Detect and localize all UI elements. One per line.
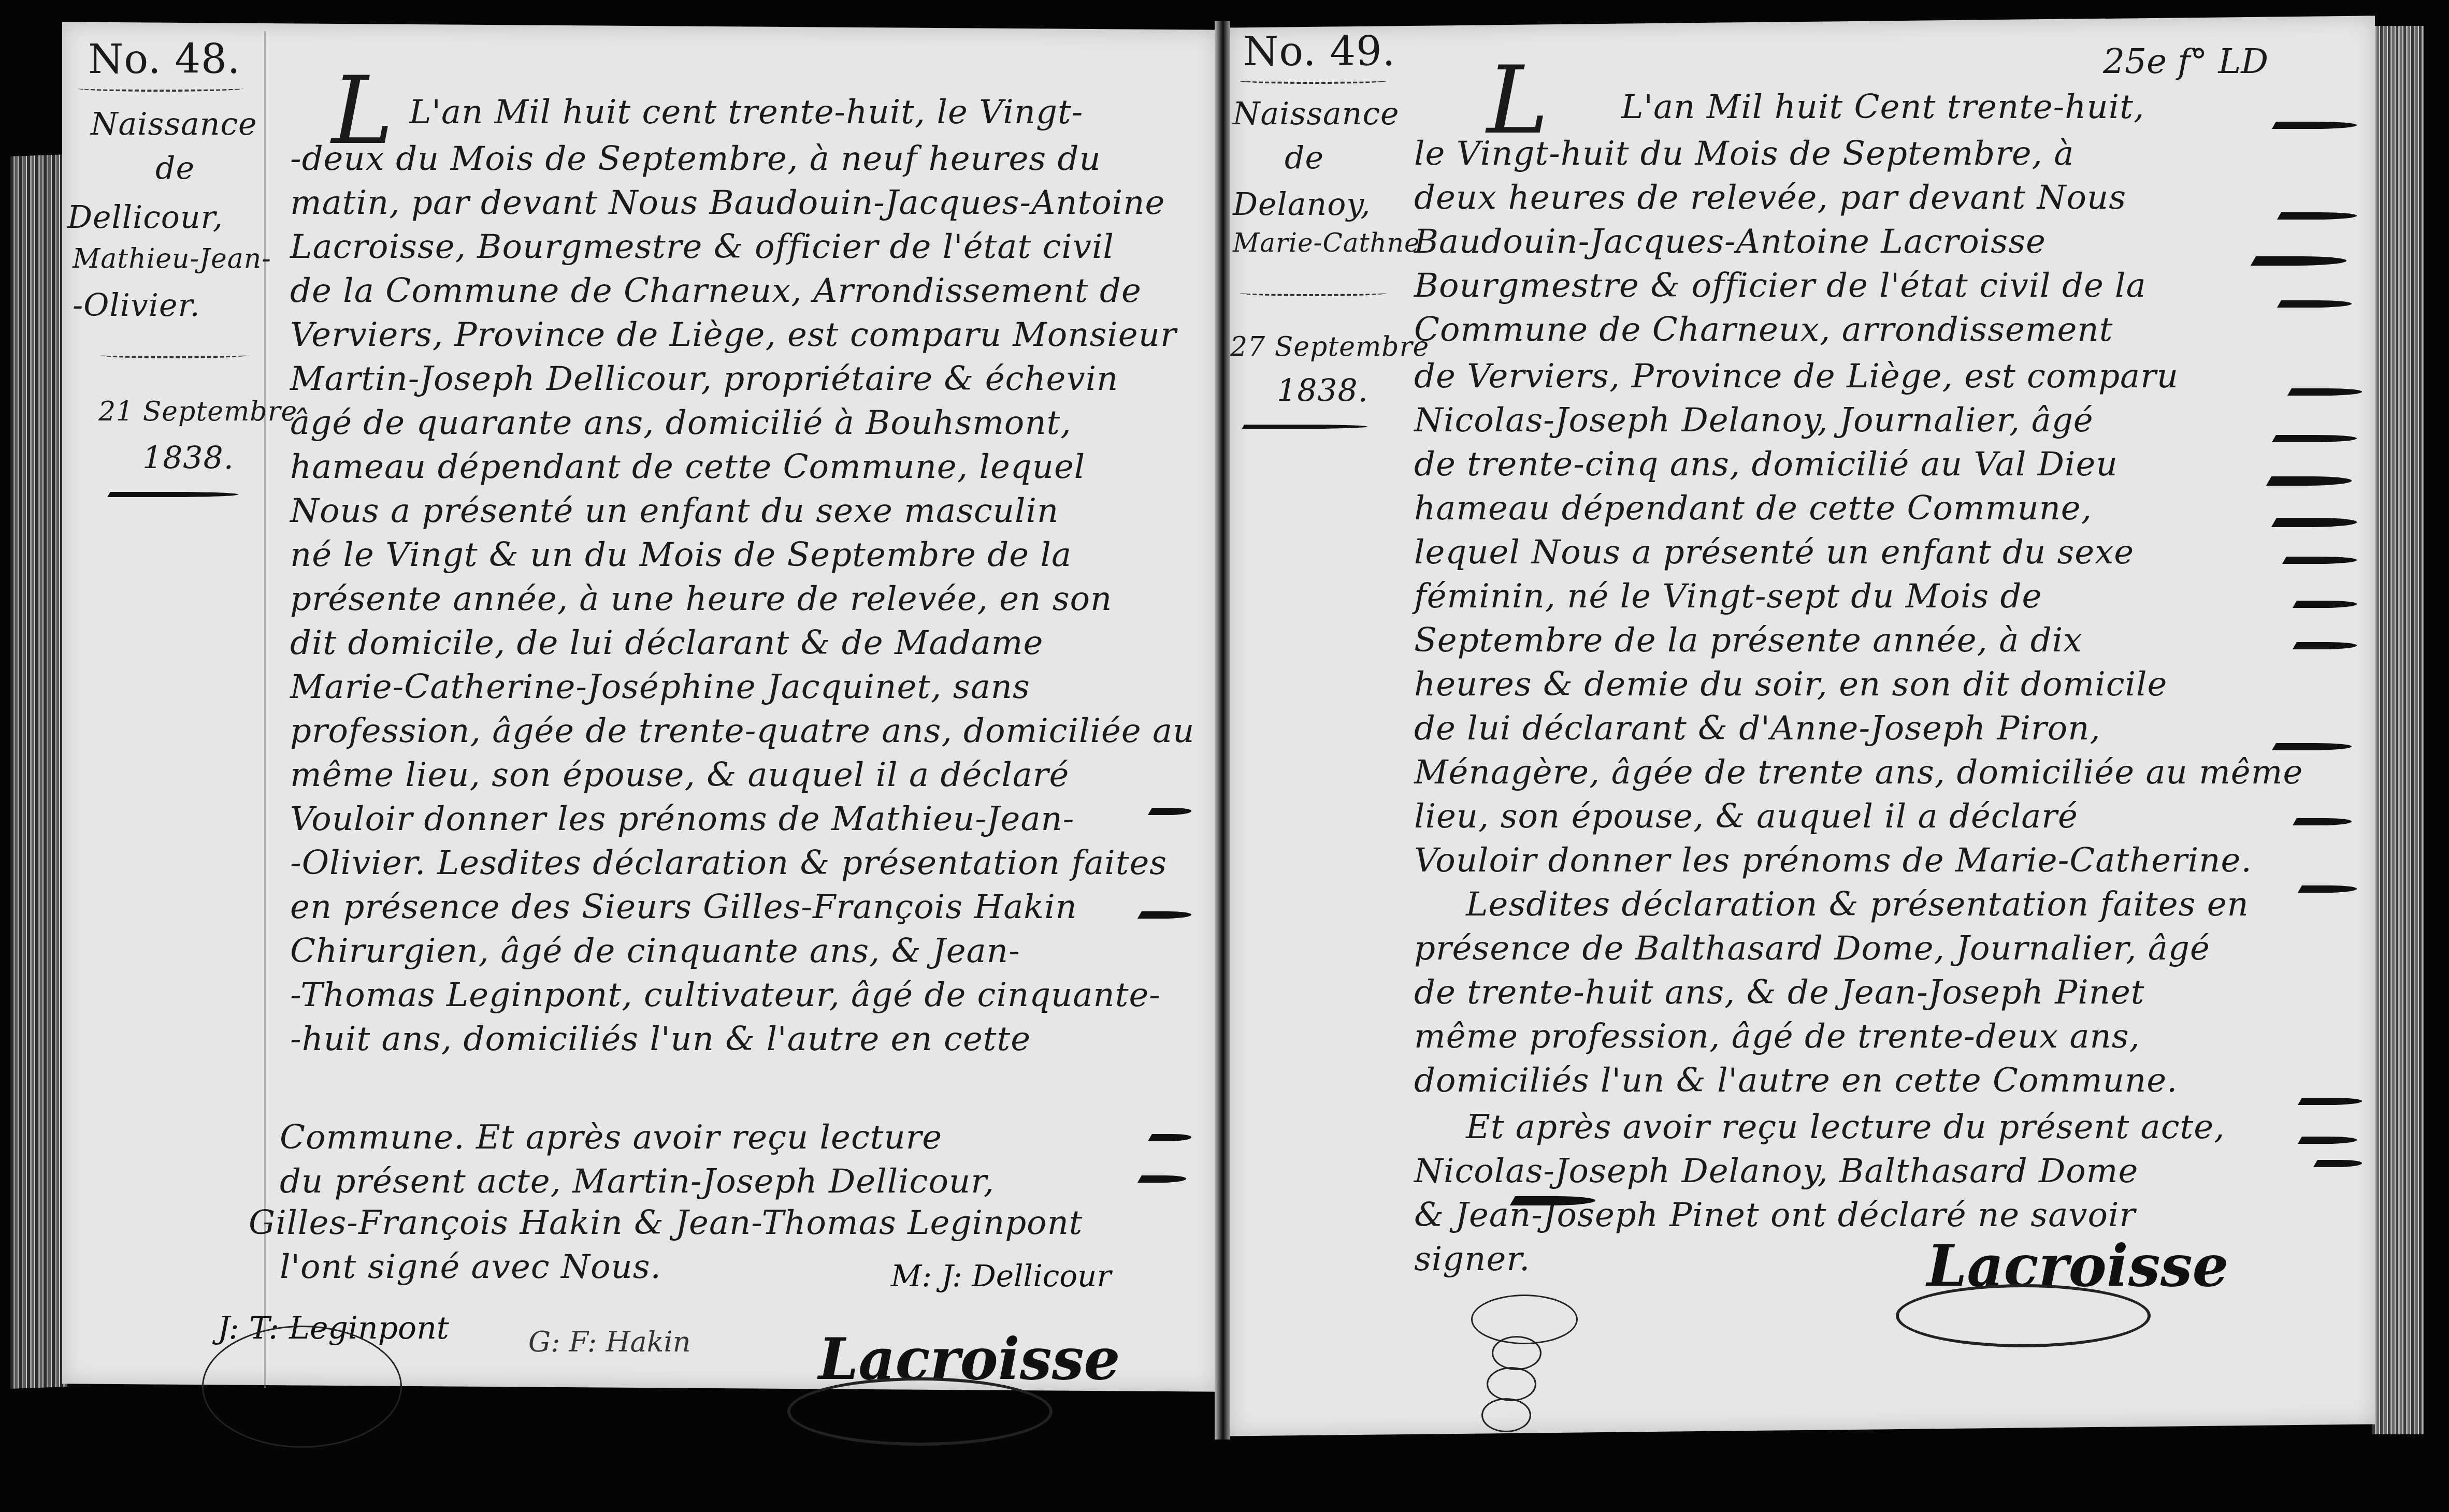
margin-divider (1238, 290, 1388, 296)
record-line: de la Commune de Charneux, Arrondissemen… (290, 272, 1142, 310)
signature-witness-2: G: F: Hakin (528, 1326, 690, 1358)
record-line: de Verviers, Province de Liège, est comp… (1414, 357, 2179, 396)
left-margin-rule (264, 31, 266, 1388)
record-line: même profession, âgé de trente-deux ans, (1414, 1017, 2140, 1056)
margin-surname: Delanoy, (1233, 186, 1371, 223)
record-line: de trente-cinq ans, domicilié au Val Die… (1414, 445, 2118, 484)
record-line: deux heures de relevée, par devant Nous (1414, 179, 2126, 217)
record-line: hameau dépendant de cette Commune, leque… (290, 448, 1085, 486)
margin-given-names-1: Mathieu-Jean- (73, 243, 271, 274)
record-line: Martin-Joseph Dellicour, propriétaire & … (290, 360, 1118, 398)
record-line: lequel Nous a présenté un enfant du sexe (1414, 533, 2134, 572)
margin-date: 27 Septembre (1230, 331, 1429, 362)
margin-de: de (155, 150, 195, 186)
record-line: -huit ans, domiciliés l'un & l'autre en … (290, 1020, 1031, 1058)
margin-given-names-2: -Olivier. (73, 287, 200, 324)
entry-number: No. 48. (88, 36, 240, 83)
record-line: L'an Mil huit cent trente-huit, le Vingt… (409, 93, 1083, 132)
record-line: en présence des Sieurs Gilles-François H… (290, 888, 1077, 926)
signature-declarant: M: J: Dellicour (891, 1258, 1111, 1293)
record-line: profession, âgée de trente-quatre ans, d… (290, 712, 1194, 750)
record-line: de lui déclarant & d'Anne-Joseph Piron, (1414, 709, 2101, 748)
entry-number: No. 49. (1243, 28, 1395, 75)
record-line: hameau dépendant de cette Commune, (1414, 489, 2092, 528)
paraph-flourish (1481, 1398, 1531, 1432)
record-line: lieu, son épouse, & auquel il a déclaré (1414, 797, 2078, 836)
record-line: Vouloir donner les prénoms de Mathieu-Je… (290, 800, 1074, 838)
record-line: heures & demie du soir, en son dit domic… (1414, 665, 2167, 704)
margin-year: 1838. (142, 440, 234, 476)
record-line: Vouloir donner les prénoms de Marie-Cath… (1414, 841, 2252, 880)
record-line: Nicolas-Joseph Delanoy, Journalier, âgé (1414, 401, 2094, 440)
signature-flourish (787, 1377, 1053, 1446)
signature-flourish (202, 1326, 402, 1448)
record-line: L'an Mil huit Cent trente-huit, (1621, 88, 2144, 126)
record-line: Verviers, Province de Liège, est comparu… (290, 316, 1177, 354)
record-line: âgé de quarante ans, domicilié à Bouhsmo… (290, 404, 1072, 442)
margin-given-names: Marie-Cathne (1233, 228, 1420, 258)
record-line: Chirurgien, âgé de cinquante ans, & Jean… (290, 932, 1020, 970)
record-line: Baudouin-Jacques-Antoine Lacroisse (1414, 223, 2046, 261)
margin-date: 21 Septembre (98, 396, 297, 427)
record-line: Septembre de la présente année, à dix (1414, 621, 2082, 660)
record-line: -Olivier. Lesdites déclaration & présent… (290, 844, 1167, 882)
record-line: présente année, à une heure de relevée, … (290, 580, 1112, 618)
record-line: Lacroisse, Bourgmestre & officier de l'é… (290, 228, 1114, 266)
margin-year: 1838. (1277, 373, 1368, 409)
record-line: matin, par devant Nous Baudouin-Jacques-… (290, 184, 1165, 222)
folio-number: 25e f° LD (2103, 41, 2268, 81)
record-line: du présent acte, Martin-Joseph Dellicour… (280, 1162, 995, 1201)
record-line: présence de Balthasard Dome, Journalier,… (1414, 929, 2210, 968)
book-gutter (1215, 21, 1230, 1440)
record-line: -Thomas Leginpont, cultivateur, âgé de c… (290, 976, 1161, 1014)
record-line: de trente-huit ans, & de Jean-Joseph Pin… (1414, 973, 2145, 1012)
record-line: dit domicile, de lui déclarant & de Mada… (290, 624, 1043, 662)
margin-title: Naissance (91, 106, 257, 142)
record-line: Commune de Charneux, arrondissement (1414, 311, 2113, 349)
book-edge-right (2372, 26, 2424, 1434)
record-line: signer. (1414, 1240, 1530, 1278)
record-line: le Vingt-huit du Mois de Septembre, à (1414, 135, 2074, 173)
record-line: né le Vingt & un du Mois de Septembre de… (290, 536, 1072, 574)
paraph-flourish (1487, 1367, 1536, 1401)
record-line: féminin, né le Vingt-sept du Mois de (1414, 577, 2042, 616)
margin-divider (78, 85, 243, 92)
margin-title: Naissance (1233, 96, 1400, 132)
record-line: domiciliés l'un & l'autre en cette Commu… (1414, 1062, 2178, 1100)
record-line: Nous a présenté un enfant du sexe mascul… (290, 492, 1059, 530)
record-line: l'ont signé avec Nous. (280, 1248, 661, 1286)
margin-surname: Dellicour, (67, 199, 223, 236)
record-line: Ménagère, âgée de trente ans, domiciliée… (1414, 753, 2303, 792)
signature-flourish (1896, 1284, 2151, 1347)
record-line: même lieu, son épouse, & auquel il a déc… (290, 756, 1069, 794)
record-line: Et après avoir reçu lecture du présent a… (1466, 1108, 2225, 1146)
record-line: Commune. Et après avoir reçu lecture (280, 1118, 942, 1157)
record-line: Marie-Catherine-Joséphine Jacquinet, san… (290, 668, 1030, 706)
record-line: Bourgmestre & officier de l'état civil d… (1414, 267, 2147, 305)
record-line: Lesdites déclaration & présentation fait… (1466, 885, 2249, 924)
book-edge-left (10, 154, 67, 1389)
margin-de: de (1285, 140, 1324, 176)
record-line: -deux du Mois de Septembre, à neuf heure… (290, 140, 1101, 178)
record-line: Nicolas-Joseph Delanoy, Balthasard Dome (1414, 1152, 2138, 1190)
margin-divider (98, 352, 249, 358)
paraph-flourish (1492, 1336, 1542, 1370)
margin-divider (1238, 78, 1388, 84)
record-line: Gilles-François Hakin & Jean-Thomas Legi… (249, 1204, 1083, 1242)
